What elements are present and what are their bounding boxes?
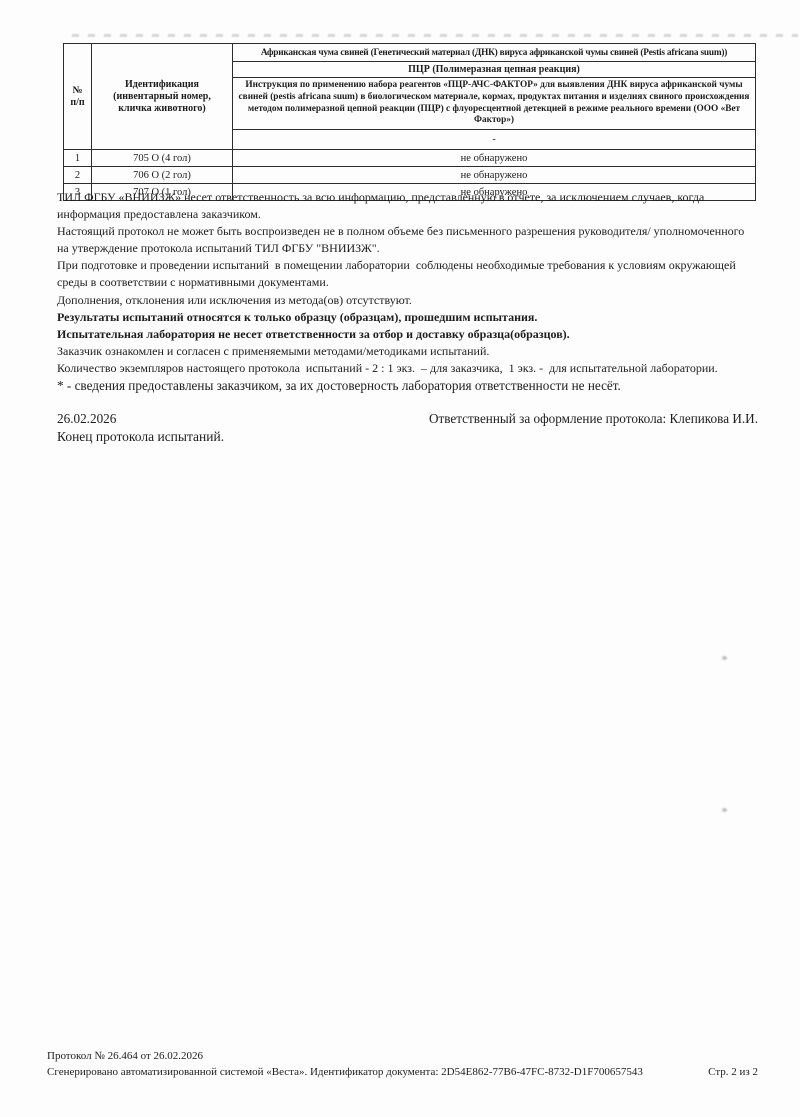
scan-artifact-streak <box>72 34 798 37</box>
row-number-cell: 2 <box>64 167 92 184</box>
result-cell: не обнаружено <box>233 150 756 167</box>
results-scope-note: Результаты испытаний относятся к только … <box>57 309 758 326</box>
responsible-person: Ответственный за оформление протокола: К… <box>429 411 758 427</box>
column-header-number: № п/п <box>64 44 92 150</box>
sampling-responsibility-note: Испытательная лаборатория не несет ответ… <box>57 326 758 343</box>
result-cell: не обнаружено <box>233 167 756 184</box>
instruction-header: Инструкция по применению набора реагенто… <box>233 78 756 130</box>
sample-id-cell: 705 О (4 гол) <box>92 150 233 167</box>
results-table: № п/п Идентификация (инвентарный номер, … <box>63 43 756 201</box>
page-footer: Протокол № 26.464 от 26.02.2026 Сгенерир… <box>47 1048 758 1080</box>
footer-page-number: Стр. 2 из 2 <box>708 1064 758 1080</box>
environment-note: При подготовке и проведении испытаний в … <box>57 257 758 291</box>
liability-note: ТИЛ ФГБУ «ВНИИЗЖ» несет ответственность … <box>57 189 758 223</box>
protocol-date: 26.02.2026 <box>57 411 116 427</box>
scan-speck <box>722 808 727 812</box>
sample-id-cell: 706 О (2 гол) <box>92 167 233 184</box>
scan-speck <box>722 656 727 660</box>
table-row: 1 705 О (4 гол) не обнаружено <box>64 150 756 167</box>
end-of-protocol-note: Конец протокола испытаний. <box>57 429 224 445</box>
method-header: ПЦР (Полимеразная цепная реакция) <box>233 62 756 78</box>
row-number-cell: 1 <box>64 150 92 167</box>
deviations-note: Дополнения, отклонения или исключения из… <box>57 292 758 309</box>
footer-generated-line: Сгенерировано автоматизированной системо… <box>47 1064 643 1080</box>
copies-count-note: Количество экземпляров настоящего проток… <box>57 360 758 377</box>
footer-protocol-number: Протокол № 26.464 от 26.02.2026 <box>47 1048 758 1064</box>
customer-agreement-note: Заказчик ознакомлен и согласен с применя… <box>57 343 758 360</box>
column-header-identification: Идентификация (инвентарный номер, кличка… <box>92 44 233 150</box>
test-name-header: Африканская чума свиней (Генетический ма… <box>233 44 756 62</box>
signoff-row: 26.02.2026 Ответственный за оформление п… <box>57 411 758 427</box>
table-header-row-test: № п/п Идентификация (инвентарный номер, … <box>64 44 756 62</box>
placeholder-dash-cell: - <box>233 130 756 150</box>
notes-section: ТИЛ ФГБУ «ВНИИЗЖ» несет ответственность … <box>57 189 758 394</box>
protocol-page: № п/п Идентификация (инвентарный номер, … <box>0 0 800 1117</box>
reproduction-note: Настоящий протокол не может быть воспрои… <box>57 223 758 257</box>
table-row: 2 706 О (2 гол) не обнаружено <box>64 167 756 184</box>
asterisk-note: * - сведения предоставлены заказчиком, з… <box>57 377 758 394</box>
